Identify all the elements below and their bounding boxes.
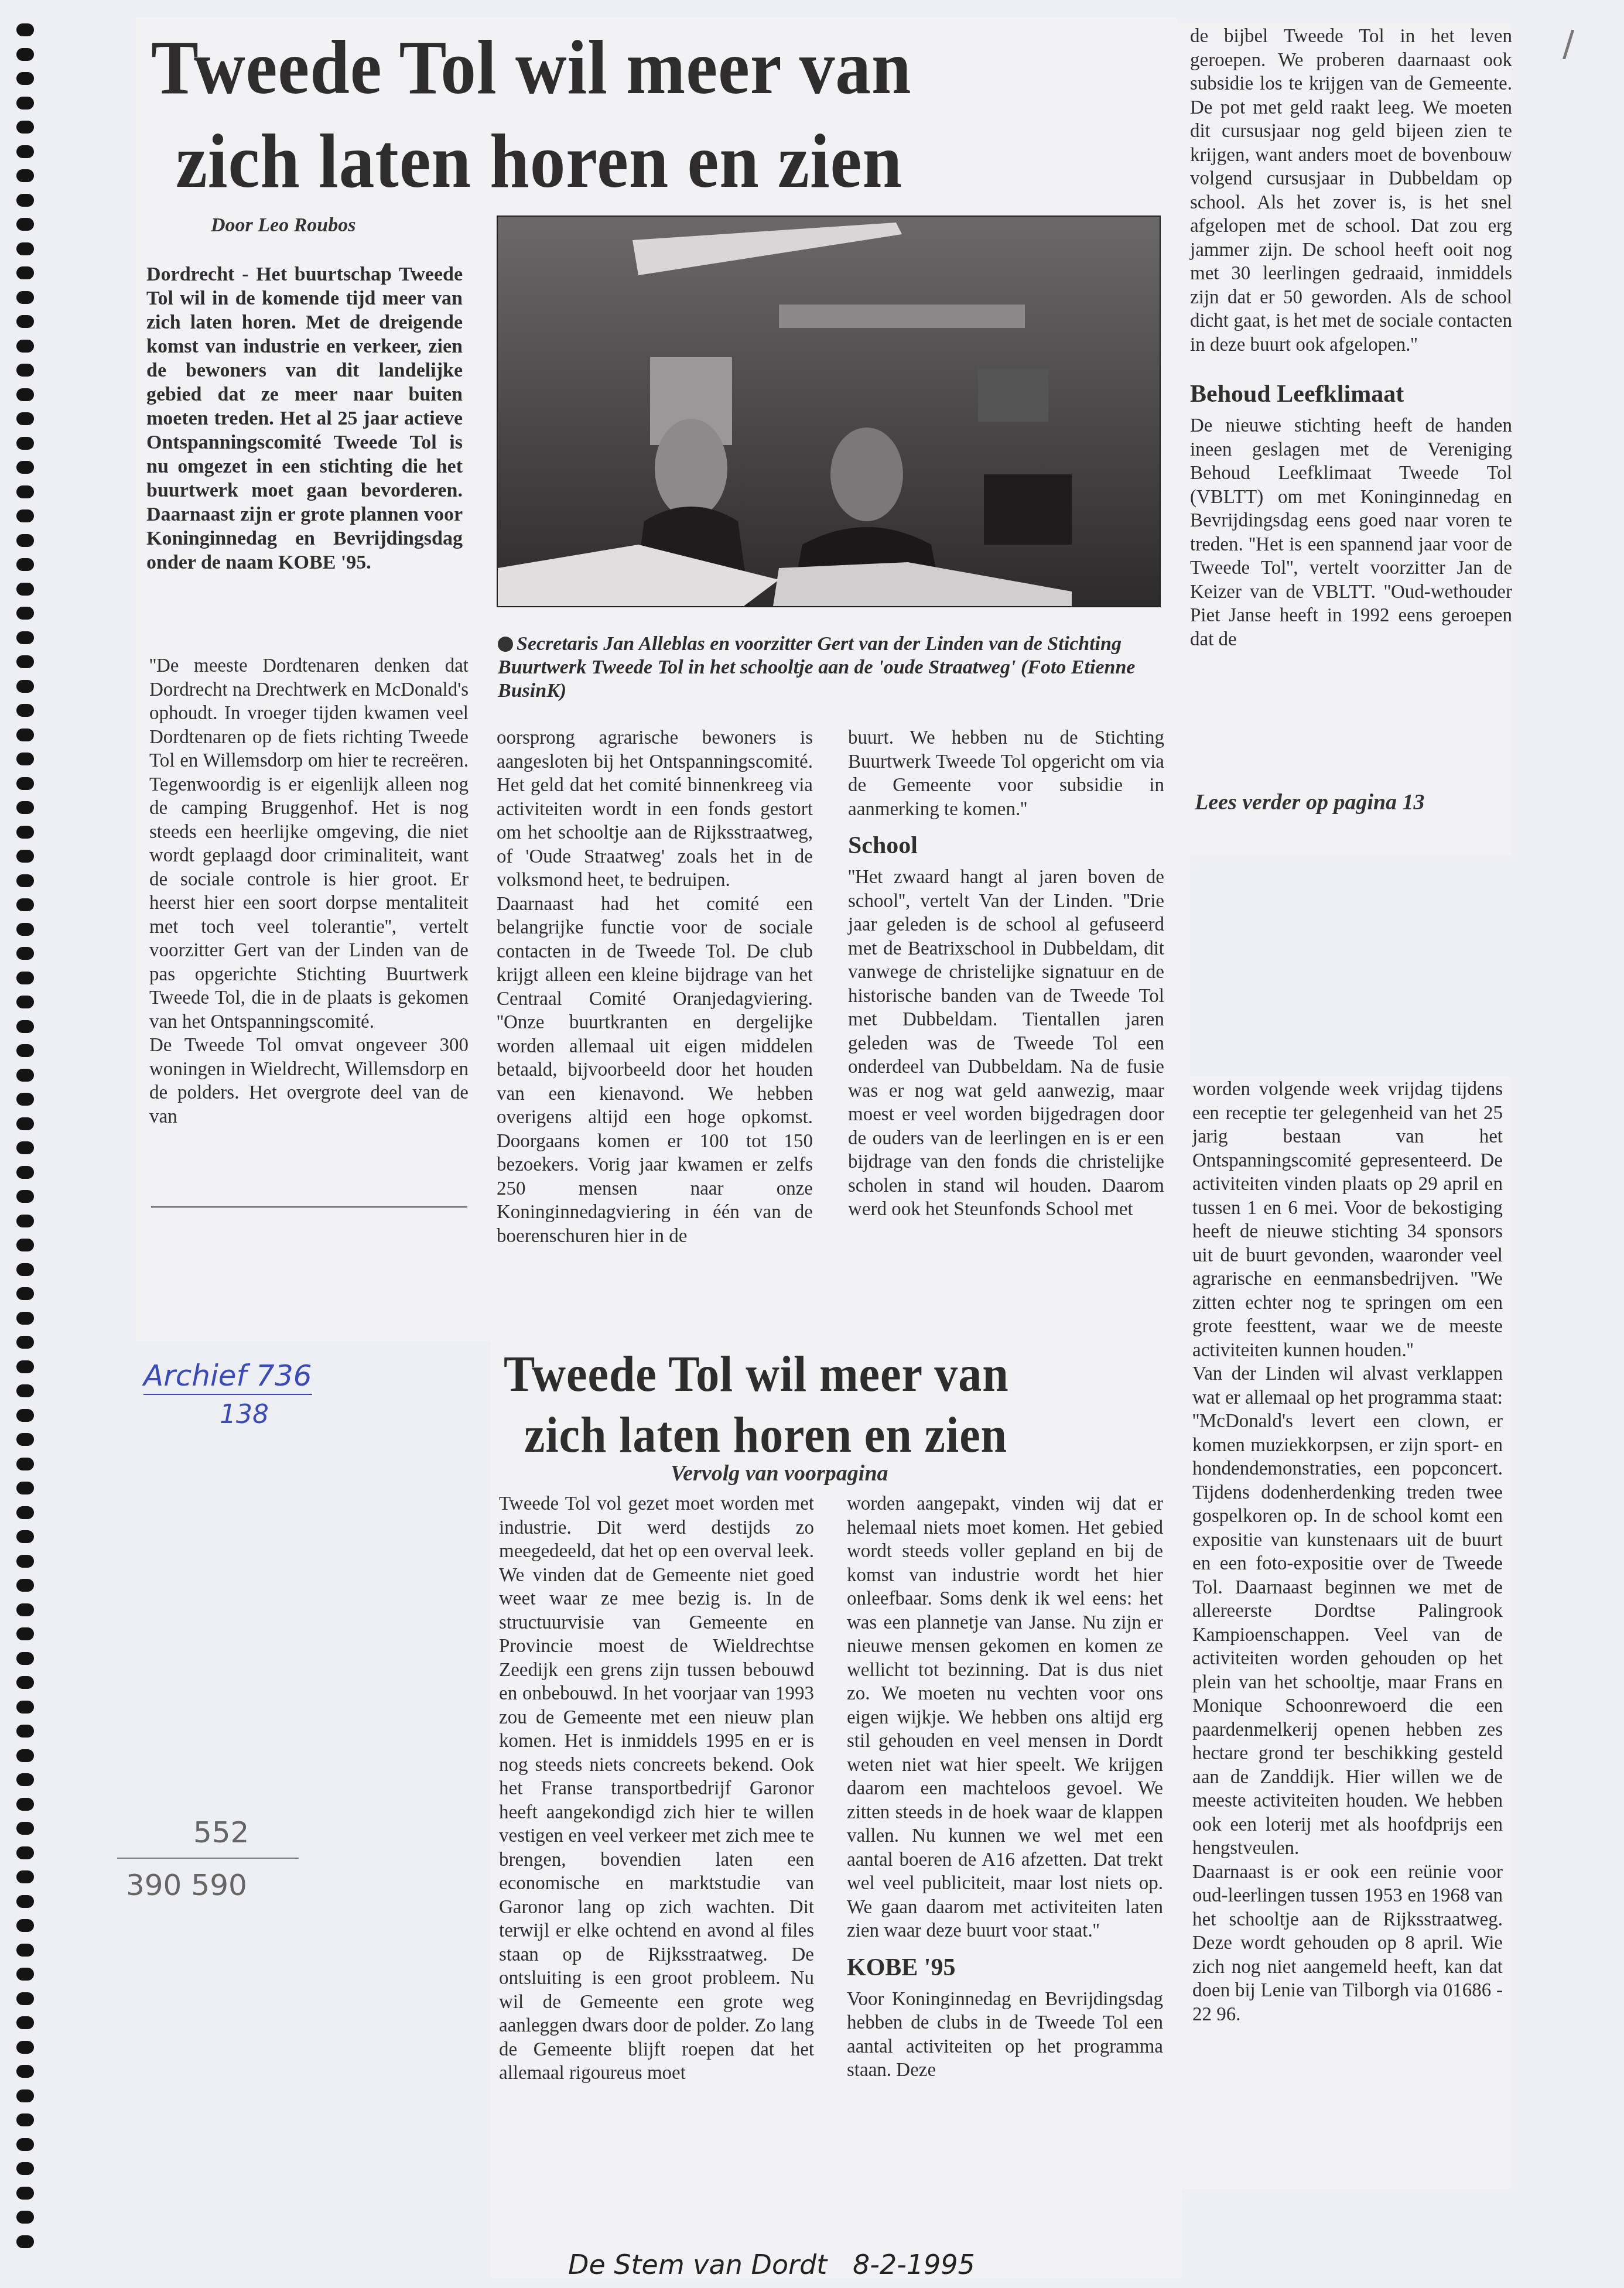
continuation-col-1: Tweede Tol vol gezet moet worden met ind… xyxy=(499,1492,814,2085)
article-photo xyxy=(497,216,1161,607)
col2-paragraph: Daarnaast had het comité een belangrijke… xyxy=(497,892,813,1249)
binding-hole xyxy=(16,23,34,36)
binding-hole xyxy=(16,947,34,960)
binding-hole xyxy=(16,2089,34,2102)
front-headline-line1: Tweede Tol wil meer van xyxy=(151,23,911,111)
binding-hole xyxy=(16,1652,34,1665)
binding-hole xyxy=(16,1870,34,1883)
binding-hole xyxy=(16,874,34,887)
subhead-behoud-leefklimaat: Behoud Leefklimaat xyxy=(1190,378,1512,411)
archive-sub-number: 138 xyxy=(220,1400,269,1429)
continued-on-page-label: Lees verder op pagina 13 xyxy=(1195,789,1425,815)
col1-paragraph: De Tweede Tol omvat ongeveer 300 woninge… xyxy=(149,1034,469,1128)
subhead-school: School xyxy=(848,829,1164,862)
binding-hole xyxy=(16,1919,34,1932)
binding-hole xyxy=(16,1773,34,1786)
cont-col3-paragraph: Daarnaast is er ook een reünie voor oud-… xyxy=(1192,1861,1503,2027)
article-intro: Dordrecht - Het buurtschap Tweede Tol wi… xyxy=(146,262,463,574)
byline: Door Leo Roubos xyxy=(211,214,355,237)
binding-hole xyxy=(16,583,34,596)
binding-hole xyxy=(16,509,34,522)
pencil-number-top: 552 xyxy=(193,1815,249,1849)
binding-hole xyxy=(16,826,34,839)
binding-hole xyxy=(16,388,34,401)
binding-hole xyxy=(16,291,34,304)
binding-hole xyxy=(16,534,34,547)
col3-paragraph: buurt. We hebben nu de Stichting Buurtwe… xyxy=(848,726,1164,821)
archive-label: Archief 736 xyxy=(143,1359,312,1395)
binding-hole xyxy=(16,1141,34,1154)
binding-hole xyxy=(16,1530,34,1543)
binding-hole xyxy=(16,1895,34,1908)
binding-hole xyxy=(16,1287,34,1300)
binding-hole xyxy=(16,1190,34,1203)
binding-hole xyxy=(16,1360,34,1373)
binding-hole xyxy=(16,97,34,110)
binding-hole xyxy=(16,1968,34,1981)
binding-hole xyxy=(16,704,34,717)
binding-hole xyxy=(16,145,34,158)
continuation-headline-line2: zich laten horen en zien xyxy=(524,1405,1007,1464)
cont-col3-paragraph: worden volgende week vrijdag tijdens een… xyxy=(1192,1078,1503,1362)
binding-hole xyxy=(16,1166,34,1179)
classroom-photo-graphic xyxy=(498,217,1160,606)
cont-col2-paragraph: Voor Koninginnedag en Bevrijdingsdag heb… xyxy=(847,1988,1163,2082)
source-date: 8-2-1995 xyxy=(853,2249,975,2280)
binding-hole xyxy=(16,169,34,182)
binding-hole xyxy=(16,1409,34,1422)
binding-hole xyxy=(16,1336,34,1349)
binding-hole xyxy=(16,412,34,425)
binding-hole xyxy=(16,2065,34,2078)
binding-hole xyxy=(16,485,34,498)
binding-hole xyxy=(16,315,34,328)
binding-hole xyxy=(16,1482,34,1494)
binding-hole xyxy=(16,2016,34,2029)
binding-hole xyxy=(16,558,34,571)
continuation-headline-line1: Tweede Tol wil meer van xyxy=(504,1345,1009,1403)
col2-paragraph: oorsprong agrarische bewoners is aangesl… xyxy=(497,726,813,892)
binding-hole xyxy=(16,801,34,814)
binding-hole xyxy=(16,218,34,231)
binding-hole xyxy=(16,777,34,790)
binding-hole xyxy=(16,923,34,936)
binding-hole xyxy=(16,1701,34,1714)
subhead-kobe-95: KOBE '95 xyxy=(847,1951,1163,1984)
binding-hole xyxy=(16,972,34,984)
binding-hole xyxy=(16,461,34,474)
front-col-1: ''De meeste Dordtenaren denken dat Dordr… xyxy=(149,654,469,1128)
binding-hole xyxy=(16,364,34,377)
source-handwriting: De Stem van Dordt 8-2-1995 xyxy=(568,2249,975,2280)
continuation-col-3: worden volgende week vrijdag tijdens een… xyxy=(1192,1078,1503,2026)
binding-hole xyxy=(16,1555,34,1568)
continuation-col-2: worden aangepakt, vinden wij dat er hele… xyxy=(847,1492,1163,2082)
pencil-divider xyxy=(117,1858,299,1859)
binding-hole xyxy=(16,1676,34,1689)
binding-hole xyxy=(16,850,34,863)
binding-hole xyxy=(16,1433,34,1446)
binding-hole xyxy=(16,729,34,741)
binding-hole xyxy=(16,266,34,279)
binding-hole xyxy=(16,1579,34,1592)
col1-paragraph: ''De meeste Dordtenaren denken dat Dordr… xyxy=(149,654,469,1034)
binding-hole xyxy=(16,753,34,765)
binding-hole xyxy=(16,2162,34,2175)
caption-text: Secretaris Jan Alleblas en voorzitter Ge… xyxy=(498,633,1135,702)
front-col-2: oorsprong agrarische bewoners is aangesl… xyxy=(497,726,813,1248)
binding-hole xyxy=(16,1239,34,1251)
front-col-4: de bijbel Tweede Tol in het leven geroep… xyxy=(1190,25,1512,651)
cont-col2-paragraph: worden aangepakt, vinden wij dat er hele… xyxy=(847,1492,1163,1943)
col4-paragraph: de bijbel Tweede Tol in het leven geroep… xyxy=(1190,25,1512,357)
binding-hole xyxy=(16,1215,34,1227)
front-col-3: buurt. We hebben nu de Stichting Buurtwe… xyxy=(848,726,1164,1222)
binding-hole xyxy=(16,437,34,450)
binding-hole xyxy=(16,1093,34,1106)
binding-hole xyxy=(16,1263,34,1276)
binding-hole xyxy=(16,1312,34,1325)
binding-hole xyxy=(16,340,34,353)
binding-hole xyxy=(16,242,34,255)
spiral-binding xyxy=(13,23,39,2272)
binding-hole xyxy=(16,2138,34,2151)
binding-hole xyxy=(16,1944,34,1957)
col3-paragraph: ''Het zwaard hangt al jaren boven de sch… xyxy=(848,866,1164,1222)
binding-hole xyxy=(16,1044,34,1057)
continuation-kicker: Vervolg van voorpagina xyxy=(671,1461,888,1486)
binding-hole xyxy=(16,680,34,693)
binding-hole xyxy=(16,655,34,668)
column-end-rule xyxy=(151,1206,467,1208)
cont-col1-paragraph: Tweede Tol vol gezet moet worden met ind… xyxy=(499,1492,814,2085)
binding-hole xyxy=(16,72,34,85)
binding-hole xyxy=(16,1627,34,1640)
binding-hole xyxy=(16,1603,34,1616)
binding-hole xyxy=(16,996,34,1008)
col4-paragraph: De nieuwe stichting heeft de handen inee… xyxy=(1190,414,1512,651)
source-publication: De Stem van Dordt xyxy=(568,2249,827,2280)
binding-hole xyxy=(16,2235,34,2248)
binding-hole xyxy=(16,1117,34,1130)
binding-hole xyxy=(16,1506,34,1519)
binding-hole xyxy=(16,1384,34,1397)
binding-hole xyxy=(16,2187,34,2200)
binding-hole xyxy=(16,1725,34,1738)
binding-hole xyxy=(16,194,34,207)
cont-col3-paragraph: Van der Linden wil alvast verklappen wat… xyxy=(1192,1362,1503,1861)
binding-hole xyxy=(16,1798,34,1811)
photo-caption: Secretaris Jan Alleblas en voorzitter Ge… xyxy=(498,632,1160,703)
binding-hole xyxy=(16,607,34,620)
binding-hole xyxy=(16,898,34,911)
binding-hole xyxy=(16,1020,34,1033)
front-headline-line2: zich laten horen en zien xyxy=(176,117,902,205)
binding-hole xyxy=(16,2113,34,2126)
binding-hole xyxy=(16,1069,34,1082)
pencil-number-bottom: 390 590 xyxy=(126,1868,247,1902)
corner-pencil-mark: / xyxy=(1563,23,1574,64)
binding-hole xyxy=(16,631,34,644)
caption-bullet-icon xyxy=(498,637,513,652)
intro-text: Dordrecht - Het buurtschap Tweede Tol wi… xyxy=(146,262,463,574)
binding-hole xyxy=(16,2041,34,2054)
binding-hole xyxy=(16,1992,34,2005)
binding-hole xyxy=(16,1822,34,1835)
binding-hole xyxy=(16,1458,34,1470)
binding-hole xyxy=(16,121,34,134)
binding-hole xyxy=(16,1846,34,1859)
binding-hole xyxy=(16,48,34,61)
binding-hole xyxy=(16,1749,34,1762)
binding-hole xyxy=(16,2211,34,2224)
